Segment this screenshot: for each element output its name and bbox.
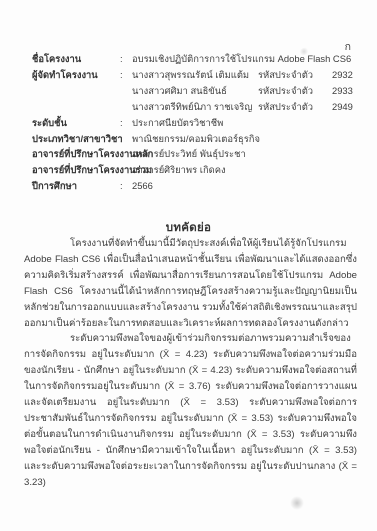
member-name: นางสาวศศิมา สนธิขันธ์	[132, 83, 258, 99]
member-name: นางสาวตรีทิพย์นิภา ราชเจริญ	[132, 99, 258, 115]
info-label	[32, 83, 120, 99]
info-colon: :	[120, 146, 132, 162]
abstract-paragraph-1: โครงงานที่จัดทำขึ้นมานี้มีวัตถุประสงค์เพ…	[24, 236, 357, 331]
info-label	[32, 99, 120, 115]
info-value: พาณิชยกรรม/คอมพิวเตอร์ธุรกิจ	[132, 131, 359, 147]
student-id-label: รหัสประจำตัว	[258, 67, 324, 83]
info-row-subject-field: ประเภทวิชา/สาขาวิชา : พาณิชยกรรม/คอมพิวเ…	[32, 131, 359, 147]
info-colon: :	[120, 162, 132, 178]
student-id-value: 2933	[324, 83, 359, 99]
info-label: อาจารย์ที่ปรึกษาโครงงานร่วม	[32, 162, 120, 178]
info-label: ระดับชั้น	[32, 115, 120, 131]
info-row-author-1: ผู้จัดทำโครงงาน : นางสาวสุพรรณรัตน์ เติม…	[32, 67, 359, 83]
info-colon: :	[120, 115, 132, 131]
info-colon: :	[120, 131, 132, 147]
project-info-section: ชื่อโครงงาน : อบรมเชิงปฏิบัติการการใช้โป…	[32, 51, 359, 194]
info-row-co-advisor: อาจารย์ที่ปรึกษาโครงงานร่วม : อาจารย์ศิร…	[32, 162, 359, 178]
info-value: อาจารย์ประวิทย์ พันธุ์ประชา	[132, 146, 359, 162]
info-label: อาจารย์ที่ปรึกษาโครงงานหลัก	[32, 146, 120, 162]
abstract-paragraph-2: ระดับความพึงพอใจของผู้เข้าร่วมกิจกรรมต่อ…	[24, 331, 357, 490]
info-colon: :	[120, 51, 132, 67]
info-colon: :	[120, 67, 132, 83]
info-value: อบรมเชิงปฏิบัติการการใช้โปรแกรม Adobe Fl…	[132, 51, 359, 67]
student-id-value: 2949	[324, 99, 359, 115]
info-row-main-advisor: อาจารย์ที่ปรึกษาโครงงานหลัก : อาจารย์ประ…	[32, 146, 359, 162]
abstract-body: โครงงานที่จัดทำขึ้นมานี้มีวัตถุประสงค์เพ…	[24, 236, 357, 491]
info-colon	[120, 99, 132, 115]
info-label: ผู้จัดทำโครงงาน	[32, 67, 120, 83]
member-name: นางสาวสุพรรณรัตน์ เติมแต้ม	[132, 67, 258, 83]
info-row-author-3: นางสาวตรีทิพย์นิภา ราชเจริญ รหัสประจำตัว…	[32, 99, 359, 115]
info-row-author-2: นางสาวศศิมา สนธิขันธ์ รหัสประจำตัว 2933	[32, 83, 359, 99]
student-id-label: รหัสประจำตัว	[258, 99, 324, 115]
info-label: ประเภทวิชา/สาขาวิชา	[32, 131, 120, 147]
info-row-level: ระดับชั้น : ประกาศนียบัตรวิชาชีพ	[32, 115, 359, 131]
info-colon: :	[120, 178, 132, 194]
student-id-value: 2932	[324, 67, 359, 83]
info-label: ชื่อโครงงาน	[32, 51, 120, 67]
info-row-academic-year: ปีการศึกษา : 2566	[32, 178, 359, 194]
info-colon	[120, 83, 132, 99]
info-value: ประกาศนียบัตรวิชาชีพ	[132, 115, 359, 131]
student-id-label: รหัสประจำตัว	[258, 83, 324, 99]
abstract-heading: บทคัดย่อ	[0, 219, 377, 237]
info-row-project-title: ชื่อโครงงาน : อบรมเชิงปฏิบัติการการใช้โป…	[32, 51, 359, 67]
info-label: ปีการศึกษา	[32, 178, 120, 194]
scan-artifact	[290, 496, 304, 510]
info-value: 2566	[132, 178, 359, 194]
document-page: ก ชื่อโครงงาน : อบรมเชิงปฏิบัติการการใช้…	[0, 0, 377, 531]
info-value: อาจารย์ศิริยาพร เกิดคง	[132, 162, 359, 178]
